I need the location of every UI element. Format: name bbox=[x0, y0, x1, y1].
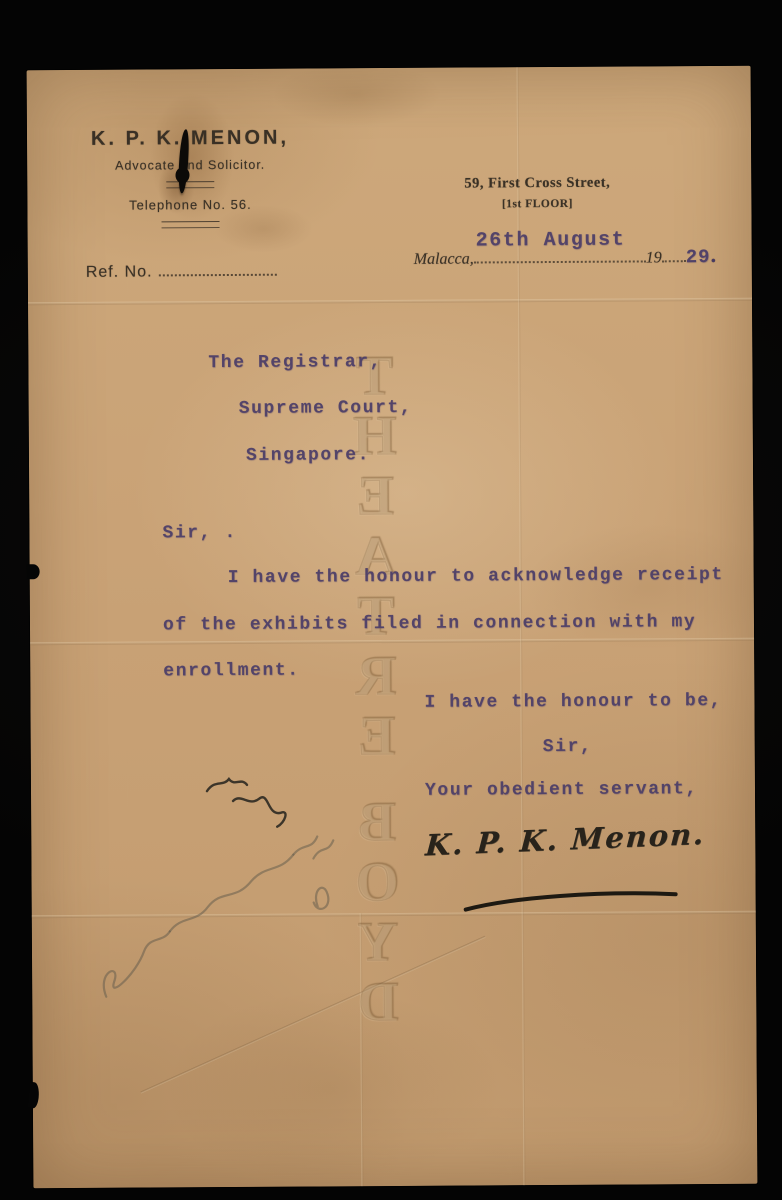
recipient-line-1: The Registrar, bbox=[208, 352, 382, 373]
ghost-letter: Y bbox=[358, 912, 399, 972]
closing-line-3: Your obedient servant, bbox=[425, 779, 698, 801]
ghost-letter: E bbox=[356, 466, 394, 526]
typed-date: 26th August bbox=[476, 229, 626, 253]
ghost-letter: E bbox=[358, 706, 396, 766]
ref-dotted-leader bbox=[159, 274, 277, 277]
paper-edge-notch bbox=[27, 564, 40, 579]
ref-number-line: Ref. No. bbox=[86, 263, 277, 282]
vertical-crease-lower bbox=[360, 913, 364, 1186]
body-line-1: I have the honour to acknowledge receipt bbox=[228, 565, 724, 588]
recipient-line-2: Supreme Court, bbox=[239, 398, 413, 419]
recipient-line-3: Singapore. bbox=[246, 445, 370, 466]
body-line-2: of the exhibits filed in connection with… bbox=[163, 612, 696, 635]
letter-page: T H E A T R E B O Y D K. P. K. MENON, Ad… bbox=[27, 66, 758, 1188]
letterhead-rule bbox=[166, 181, 214, 188]
letterhead-rule bbox=[162, 221, 220, 228]
date-period: . bbox=[710, 242, 716, 267]
letterhead-title: Advocate and Solicitor. bbox=[85, 158, 295, 173]
letterhead-telephone: Telephone No. 56. bbox=[85, 197, 295, 213]
ghost-letter: R bbox=[356, 646, 397, 706]
salutation: Sir, . bbox=[162, 523, 237, 543]
closing-line-2: Sir, bbox=[543, 737, 593, 757]
letterhead-address-line2: [1st FLOOR] bbox=[427, 197, 647, 210]
place-label: Malacca, bbox=[414, 250, 474, 267]
year-dotted-leader bbox=[662, 260, 686, 262]
typed-year: 29 bbox=[686, 246, 711, 268]
date-dotted-leader bbox=[474, 260, 646, 263]
letterhead-name: K. P. K. MENON, bbox=[85, 127, 295, 151]
fold-crease-bottom bbox=[32, 911, 756, 918]
letterhead-right-block: 59, First Cross Street, [1st FLOOR] bbox=[427, 174, 647, 210]
closing-line-1: I have the honour to be, bbox=[424, 691, 722, 713]
body-line-3: enrollment. bbox=[163, 661, 300, 682]
paper-edge-chip bbox=[28, 1082, 41, 1109]
ghost-letter: B bbox=[358, 792, 396, 852]
fold-crease-middle bbox=[30, 638, 754, 645]
ref-label: Ref. No. bbox=[86, 263, 153, 280]
signature-handwriting: K. P. K. Menon. bbox=[424, 818, 686, 863]
letterhead-left-block: K. P. K. MENON, Advocate and Solicitor. … bbox=[85, 127, 296, 229]
ghost-letter: D bbox=[358, 972, 399, 1032]
letterhead-address-line1: 59, First Cross Street, bbox=[427, 174, 647, 192]
fold-crease-top bbox=[28, 298, 752, 305]
ink-annotation-scribble bbox=[189, 773, 309, 844]
pencil-annotation-scribble bbox=[65, 810, 366, 1012]
signature-underline-flourish bbox=[462, 882, 682, 917]
diagonal-crease bbox=[140, 936, 485, 1094]
year-prefix: 19 bbox=[646, 249, 662, 266]
ghost-letter: O bbox=[356, 852, 400, 912]
